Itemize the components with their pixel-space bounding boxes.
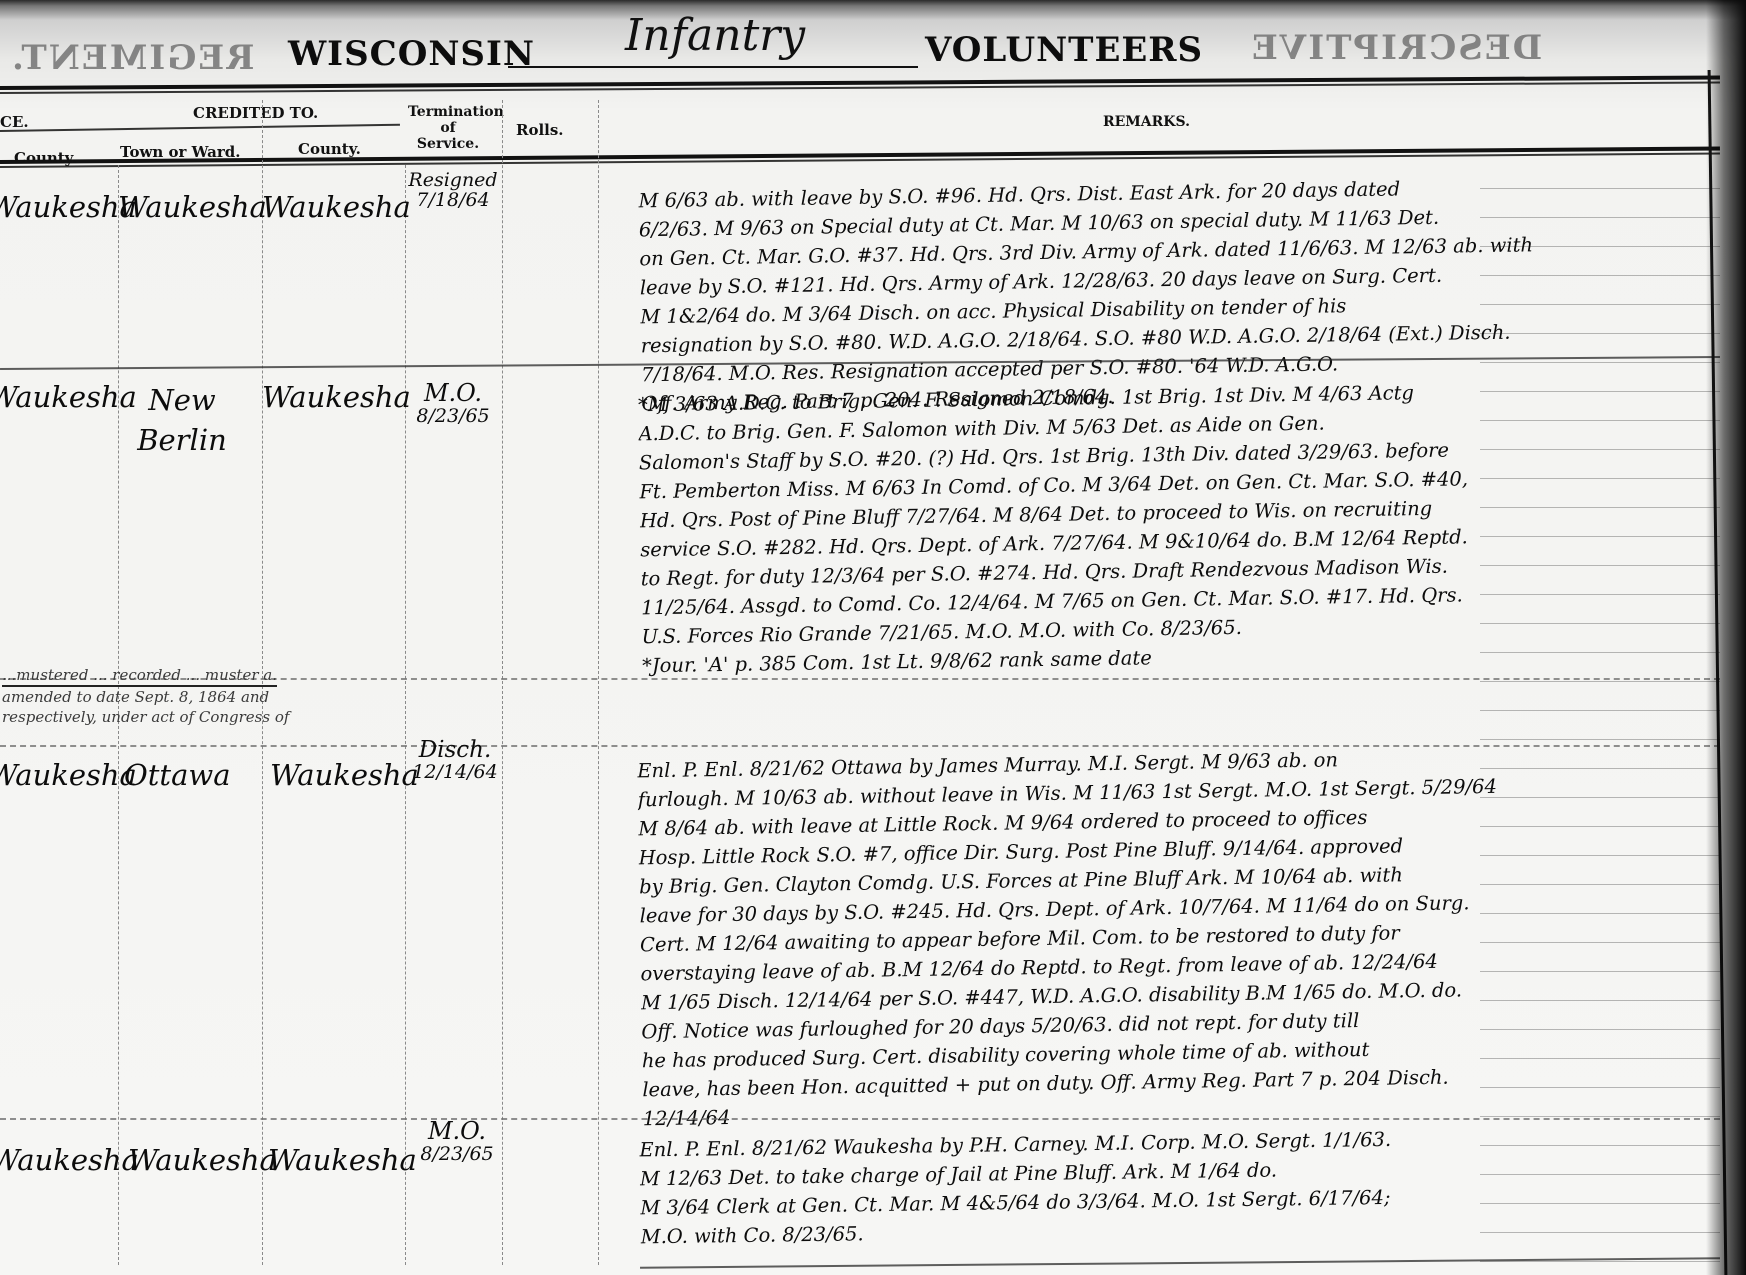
column-divider bbox=[502, 100, 504, 1265]
town-or-ward: Ottawa bbox=[124, 758, 230, 792]
scan-edge-shadow bbox=[1706, 0, 1746, 1275]
residence-county: Waukesha bbox=[0, 190, 137, 224]
credited-county: Waukesha bbox=[270, 758, 419, 792]
credited-county: Waukesha bbox=[262, 380, 411, 414]
col-rolls: Rolls. bbox=[516, 121, 564, 139]
masthead: REGIMENT. WISCONSIN Infantry VOLUNTEERS … bbox=[0, 16, 1746, 86]
termination-of-service: M.O. 8/23/65 bbox=[412, 1118, 502, 1164]
col-remarks: REMARKS. bbox=[1103, 114, 1190, 130]
termination-of-service: Disch. 12/14/64 bbox=[410, 738, 500, 782]
termination-of-service: M.O. 8/23/65 bbox=[408, 380, 498, 426]
credited-county: Waukesha bbox=[262, 190, 411, 224]
remarks-block: Enl. P. Enl. 8/21/62 Waukesha by P.H. Ca… bbox=[639, 1121, 1701, 1252]
state-title: WISCONSIN bbox=[288, 34, 535, 74]
town-or-ward: Waukesha bbox=[128, 1143, 277, 1177]
residence-county: Waukesha bbox=[0, 380, 137, 414]
branch-handwritten: Infantry bbox=[625, 10, 805, 61]
col-credited-county: County. bbox=[298, 140, 361, 158]
column-divider bbox=[405, 165, 407, 1265]
col-termination: Termination of Service. bbox=[408, 104, 488, 152]
title-fill-line bbox=[508, 66, 918, 68]
bleed-through-text-left: REGIMENT. bbox=[10, 38, 255, 78]
credited-county: Waukesha bbox=[268, 1143, 417, 1177]
residence-county: Waukesha bbox=[0, 1143, 139, 1177]
town-or-ward: New Berlin bbox=[122, 380, 242, 460]
col-town-or-ward: Town or Ward. bbox=[120, 143, 241, 161]
bleed-through-text-right: DESCRIPTIVE bbox=[1250, 28, 1542, 68]
marginal-note: ...mustered ... recorded ... muster a. a… bbox=[2, 665, 289, 727]
volunteers-title: VOLUNTEERS bbox=[925, 30, 1203, 70]
col-credited-to: CREDITED TO. bbox=[193, 104, 318, 122]
entry-separator bbox=[0, 1118, 1720, 1120]
residence-county: Waukesha bbox=[0, 758, 137, 792]
termination-of-service: Resigned 7/18/64 bbox=[408, 170, 498, 210]
town-or-ward: Waukesha bbox=[118, 190, 267, 224]
remarks-block: *M 3/63 A.D.C. to Brig. Gen. F. Salomon … bbox=[638, 374, 1702, 681]
col-residence-county: County. bbox=[14, 149, 77, 167]
column-divider bbox=[598, 100, 600, 1265]
col-cut-label: CE. bbox=[0, 113, 29, 131]
remarks-block: Enl. P. Enl. 8/21/62 Ottawa by James Mur… bbox=[637, 740, 1703, 1134]
